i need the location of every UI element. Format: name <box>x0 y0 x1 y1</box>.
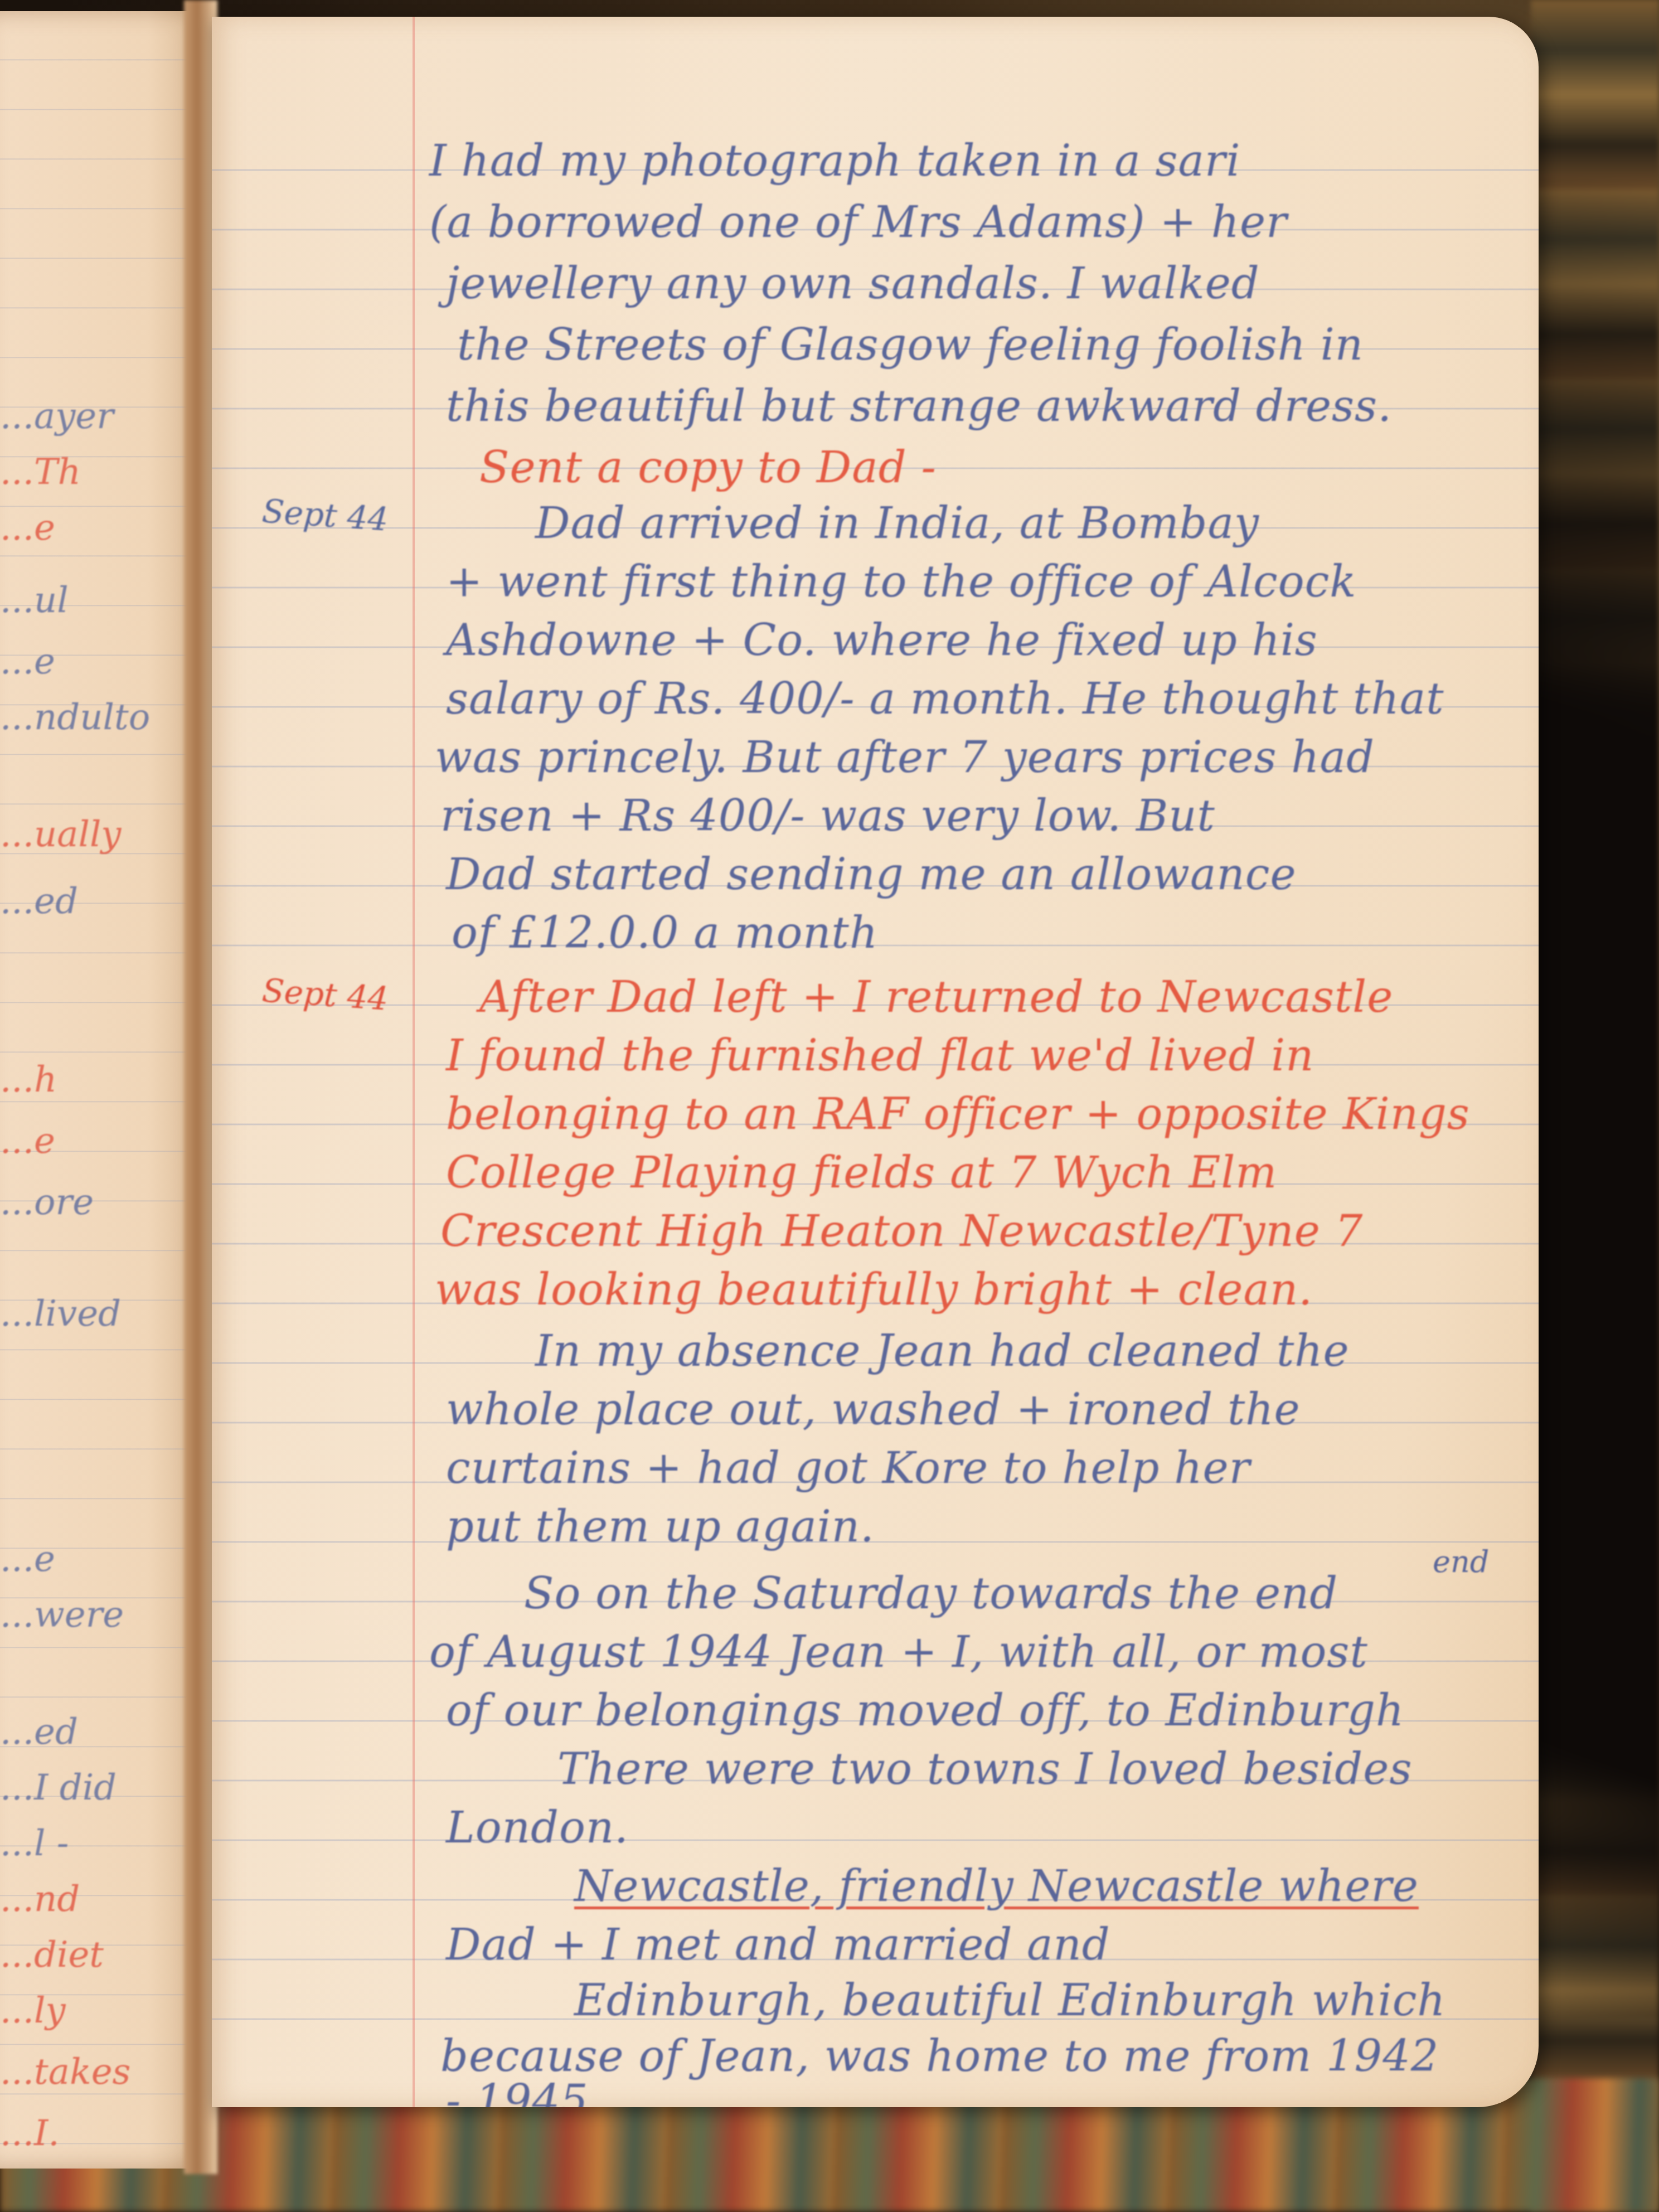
handwritten-line: was princely. But after 7 years prices h… <box>435 736 1375 779</box>
handwritten-line: Sent a copy to Dad - <box>479 446 937 489</box>
left-fragment: ...ed <box>0 1711 78 1753</box>
handwritten-line: of £12.0.0 a month <box>452 911 878 955</box>
margin-rule <box>413 17 415 2107</box>
handwritten-line: curtains + had got Kore to help her <box>446 1447 1250 1490</box>
left-fragment: ...ly <box>0 1990 66 2031</box>
handwritten-line: of our belongings moved off, to Edinburg… <box>446 1689 1404 1733</box>
inserted-word: end <box>1433 1544 1489 1579</box>
handwritten-line: belonging to an RAF officer + opposite K… <box>446 1093 1470 1136</box>
handwritten-line: Dad started sending me an allowance <box>446 853 1297 896</box>
handwritten-line: salary of Rs. 400/- a month. He thought … <box>446 677 1444 721</box>
handwritten-line: risen + Rs 400/- was very low. But <box>440 794 1215 838</box>
handwritten-line: because of Jean, was home to me from 194… <box>440 2035 1439 2078</box>
left-fragment: ...Th <box>0 452 81 493</box>
handwritten-line: I found the furnished flat we'd lived in <box>446 1034 1314 1078</box>
left-fragment: ...takes <box>0 2051 130 2093</box>
left-fragment: ...diet <box>0 1934 104 1976</box>
handwritten-line: Ashdowne + Co. where he fixed up his <box>446 619 1318 662</box>
left-fragment: ...e <box>0 641 55 682</box>
handwritten-line: Newcastle, friendly Newcastle where <box>574 1865 1419 1908</box>
handwritten-line: of August 1944 Jean + I, with all, or mo… <box>429 1631 1368 1674</box>
handwritten-line: So on the Saturday towards the end <box>524 1572 1338 1616</box>
handwritten-line: (a borrowed one of Mrs Adams) + her <box>429 201 1287 244</box>
handwritten-line: Dad + I met and married and <box>446 1923 1110 1967</box>
handwritten-line: College Playing fields at 7 Wych Elm <box>446 1151 1277 1195</box>
shadow-wedge <box>1531 178 1659 2018</box>
left-fragment: ...I. <box>0 2113 60 2154</box>
left-fragment: ...I did <box>0 1767 117 1808</box>
left-fragment: ...ed <box>0 881 78 922</box>
handwritten-line: the Streets of Glasgow feeling foolish i… <box>457 323 1364 367</box>
left-fragment: ...ually <box>0 814 122 855</box>
left-fragment: ...ayer <box>0 396 114 437</box>
handwritten-line: this beautiful but strange awkward dress… <box>446 385 1392 428</box>
handwritten-line: Edinburgh, beautiful Edinburgh which <box>574 1979 1446 2022</box>
handwritten-line: whole place out, washed + ironed the <box>446 1388 1301 1432</box>
handwritten-line: In my absence Jean had cleaned the <box>535 1330 1350 1373</box>
left-page: ...ayer ...Th ...e ...ul ...e ...ndulto … <box>0 11 212 2169</box>
handwritten-line: After Dad left + I returned to Newcastle <box>479 976 1393 1019</box>
left-fragment: ...e <box>0 1120 55 1162</box>
left-fragment: ...were <box>0 1594 124 1636</box>
background-cloth-right <box>1531 0 1659 2212</box>
handwritten-line: I had my photograph taken in a sari <box>429 139 1240 183</box>
handwritten-line: jewellery any own sandals. I walked <box>446 262 1260 305</box>
right-page: Sept 44 Sept 44 I had my photograph take… <box>212 17 1539 2107</box>
left-fragment: ...ore <box>0 1182 94 1223</box>
left-fragment: ...nd <box>0 1879 80 1920</box>
left-fragment: ...e <box>0 507 55 549</box>
left-fragment: ...ndulto <box>0 697 150 738</box>
handwritten-line: Crescent High Heaton Newcastle/Tyne 7 <box>440 1210 1363 1253</box>
handwritten-line: was looking beautifully bright + clean. <box>435 1268 1313 1312</box>
handwritten-line: There were two towns I loved besides <box>557 1748 1412 1791</box>
left-fragment: ...lived <box>0 1293 121 1335</box>
handwritten-line: Dad arrived in India, at Bombay <box>535 502 1259 545</box>
left-fragment: ...ul <box>0 580 69 621</box>
handwritten-line: London. <box>446 1806 629 1850</box>
left-fragment: ...h <box>0 1059 57 1100</box>
left-fragment: ...e <box>0 1539 55 1580</box>
handwritten-line: - 1945. <box>446 2079 603 2107</box>
left-fragment: ...l - <box>0 1823 69 1864</box>
handwritten-line: put them up again. <box>446 1505 875 1549</box>
handwritten-line: + went first thing to the office of Alco… <box>446 560 1357 604</box>
